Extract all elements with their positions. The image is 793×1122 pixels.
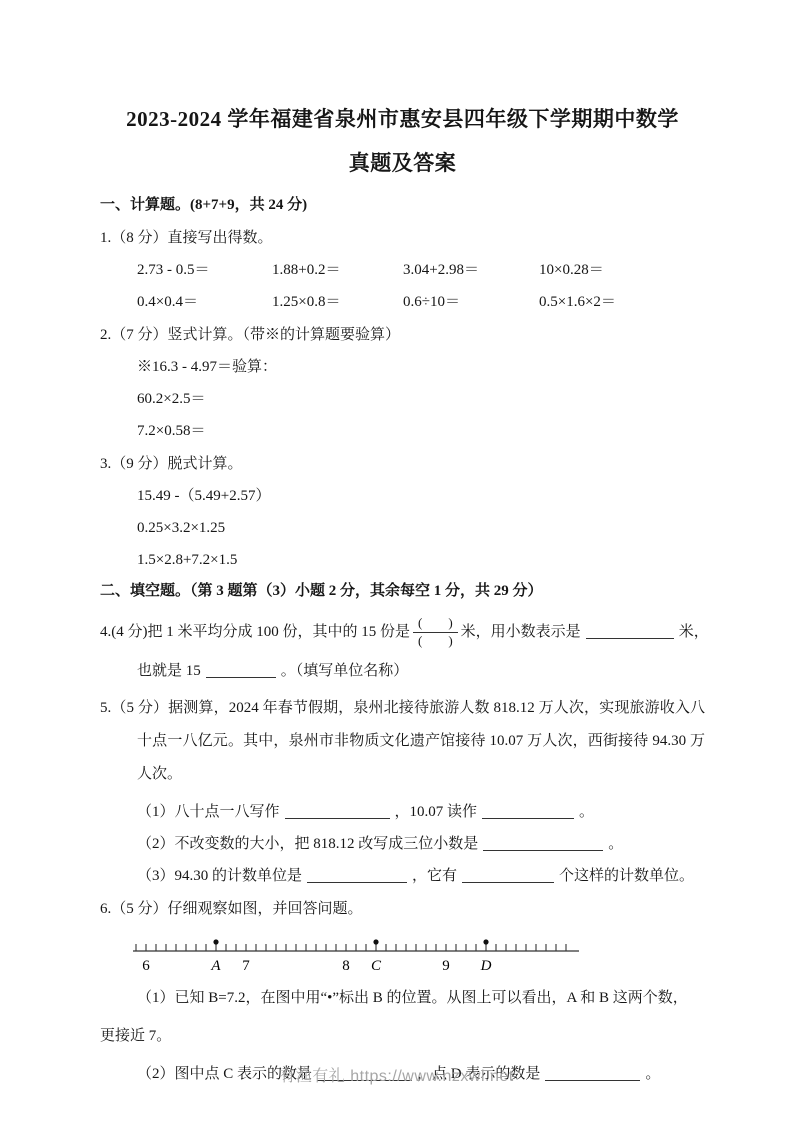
title-line-2: 真题及答案 [100,141,705,185]
document-content: 2023-2024 学年福建省泉州市惠安县四年级下学期期中数学 真题及答案 一、… [0,0,793,1089]
exam-document-page: 2023-2024 学年福建省泉州市惠安县四年级下学期期中数学 真题及答案 一、… [0,0,793,1122]
section-2-heading: 二、填空题。（第 3 题第（3）小题 2 分，其余每空 1 分，共 29 分） [100,580,705,602]
q4-line-2: 也就是 15。（填写单位名称） [137,660,705,682]
q5-sub-1: （1）八十点一八写作，10.07 读作。 [137,801,705,823]
q4-text: 米， [679,624,709,640]
answer-blank [307,867,407,883]
q5-text: 。 [608,836,623,852]
svg-text:6: 6 [142,958,150,974]
svg-text:8: 8 [342,958,350,974]
svg-text:7: 7 [242,958,250,974]
q3-label: 3.（9 分）脱式计算。 [100,453,705,475]
section-1-heading: 一、计算题。(8+7+9，共 24 分) [100,194,705,216]
q1-expression: 10×0.28＝ [539,259,705,281]
answer-blank [482,803,574,819]
q1-expression: 1.25×0.8＝ [272,291,403,313]
svg-text:9: 9 [442,958,450,974]
q1-label: 1.（8 分）直接写出得数。 [100,227,705,249]
q5-text: ，它有 [412,868,457,884]
q5-text: 。 [579,804,594,820]
number-line-figure: 6789ACD [133,929,583,975]
title-line-1: 2023-2024 学年福建省泉州市惠安县四年级下学期期中数学 [100,97,705,141]
q1-expression: 1.88+0.2＝ [272,259,403,281]
q2-item: 60.2×2.5＝ [137,388,705,410]
q2-item: 7.2×0.58＝ [137,420,705,442]
answer-blank [285,803,390,819]
q6-sub-1-line-2: 更接近 7。 [100,1021,705,1051]
fraction-numerator-blank: ( ) [413,615,458,633]
q3-item: 15.49 -（5.49+2.57） [137,485,705,507]
answer-blank [462,867,554,883]
q6-label: 6.（5 分）仔细观察如图，并回答问题。 [100,898,705,920]
fraction-denominator-blank: ( ) [413,633,458,650]
q2-label: 2.（7 分）竖式计算。（带※的计算题要验算） [100,324,705,346]
q5-text: 个这样的计数单位。 [559,868,694,884]
q1-expression-grid: 2.73 - 0.5＝ 1.88+0.2＝ 3.04+2.98＝ 10×0.28… [137,249,705,313]
q3-item: 1.5×2.8+7.2×1.5 [137,549,705,571]
svg-text:A: A [210,958,221,974]
q1-expression: 3.04+2.98＝ [403,259,539,281]
q5-text: （1）八十点一八写作 [137,804,280,820]
svg-text:D: D [480,958,492,974]
q5-sub-3: （3）94.30 的计数单位是，它有个这样的计数单位。 [137,865,705,887]
answer-blank [586,623,674,639]
q3-item: 0.25×3.2×1.25 [137,517,705,539]
q5-text: （3）94.30 的计数单位是 [137,868,302,884]
q2-item: ※16.3 - 4.97＝验算： [137,356,705,378]
q1-expression: 0.6÷10＝ [403,291,539,313]
answer-blank [206,662,276,678]
q4-text: 。（填写单位名称） [281,663,409,679]
q1-expression: 0.5×1.6×2＝ [539,291,705,313]
q5-intro: 5.（5 分）据测算，2024 年春节假期，泉州北接待旅游人数 818.12 万… [100,692,705,791]
q4-text: 4.(4 分)把 1 米平均分成 100 份，其中的 15 份是 [100,624,410,640]
q5-text: ，10.07 读作 [395,804,478,820]
q4-text: 米，用小数表示是 [461,624,581,640]
footer-watermark: 有渔有礼 https://www.nzxwl.net [0,1063,793,1086]
q6-sub-1-line-1: （1）已知 B=7.2，在图中用“•”标出 B 的位置。从图上可以看出，A 和 … [137,983,705,1013]
answer-blank [483,835,603,851]
q4-text: 也就是 15 [137,663,201,679]
fraction-blank: ( )( ) [413,615,458,650]
q5-sub-2: （2）不改变数的大小，把 818.12 改写成三位小数是。 [137,833,705,855]
q4-line-1: 4.(4 分)把 1 米平均分成 100 份，其中的 15 份是( )( )米，… [100,615,705,650]
q5-text: （2）不改变数的大小，把 818.12 改写成三位小数是 [137,836,478,852]
q1-expression: 0.4×0.4＝ [137,291,272,313]
page-title: 2023-2024 学年福建省泉州市惠安县四年级下学期期中数学 真题及答案 [100,97,705,185]
q1-expression: 2.73 - 0.5＝ [137,259,272,281]
svg-text:C: C [371,958,382,974]
